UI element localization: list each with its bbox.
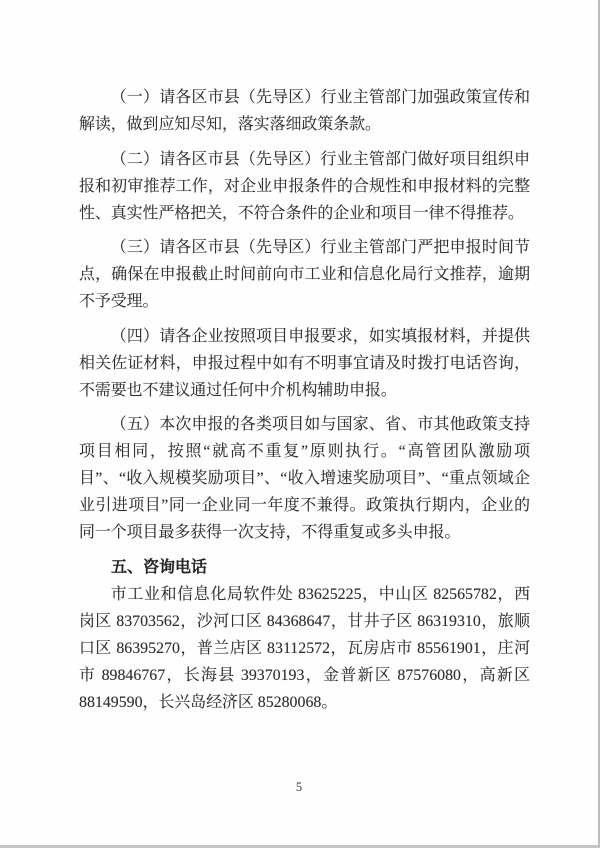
paragraph-contact-phone-numbers: 市工业和信息化局软件处 83625225，中山区 82565782，西岗区 83… (79, 581, 530, 716)
section-heading-consultation-phone: 五、咨询电话 (79, 554, 530, 581)
document-page: （一）请各区市县（先导区）行业主管部门加强政策宣传和解读，做到应知尽知，落实落细… (0, 0, 600, 848)
paragraph-deadline: （三）请各区市县（先导区）行业主管部门严把申报时间节点，确保在申报截止时间前向市… (79, 234, 530, 315)
paragraph-project-organization: （二）请各区市县（先导区）行业主管部门做好项目组织申报和初审推荐工作，对企业申报… (79, 146, 530, 227)
paragraph-no-duplicate-support: （五）本次申报的各类项目如与国家、省、市其他政策支持项目相同，按照“就高不重复”… (79, 411, 530, 546)
document-body: （一）请各区市县（先导区）行业主管部门加强政策宣传和解读，做到应知尽知，落实落细… (79, 84, 530, 716)
paragraph-application-requirements: （四）请各企业按照项目申报要求，如实填报材料，并提供相关佐证材料，申报过程中如有… (79, 323, 530, 404)
paragraph-policy-promotion: （一）请各区市县（先导区）行业主管部门加强政策宣传和解读，做到应知尽知，落实落细… (79, 84, 530, 138)
page-number: 5 (0, 780, 598, 795)
